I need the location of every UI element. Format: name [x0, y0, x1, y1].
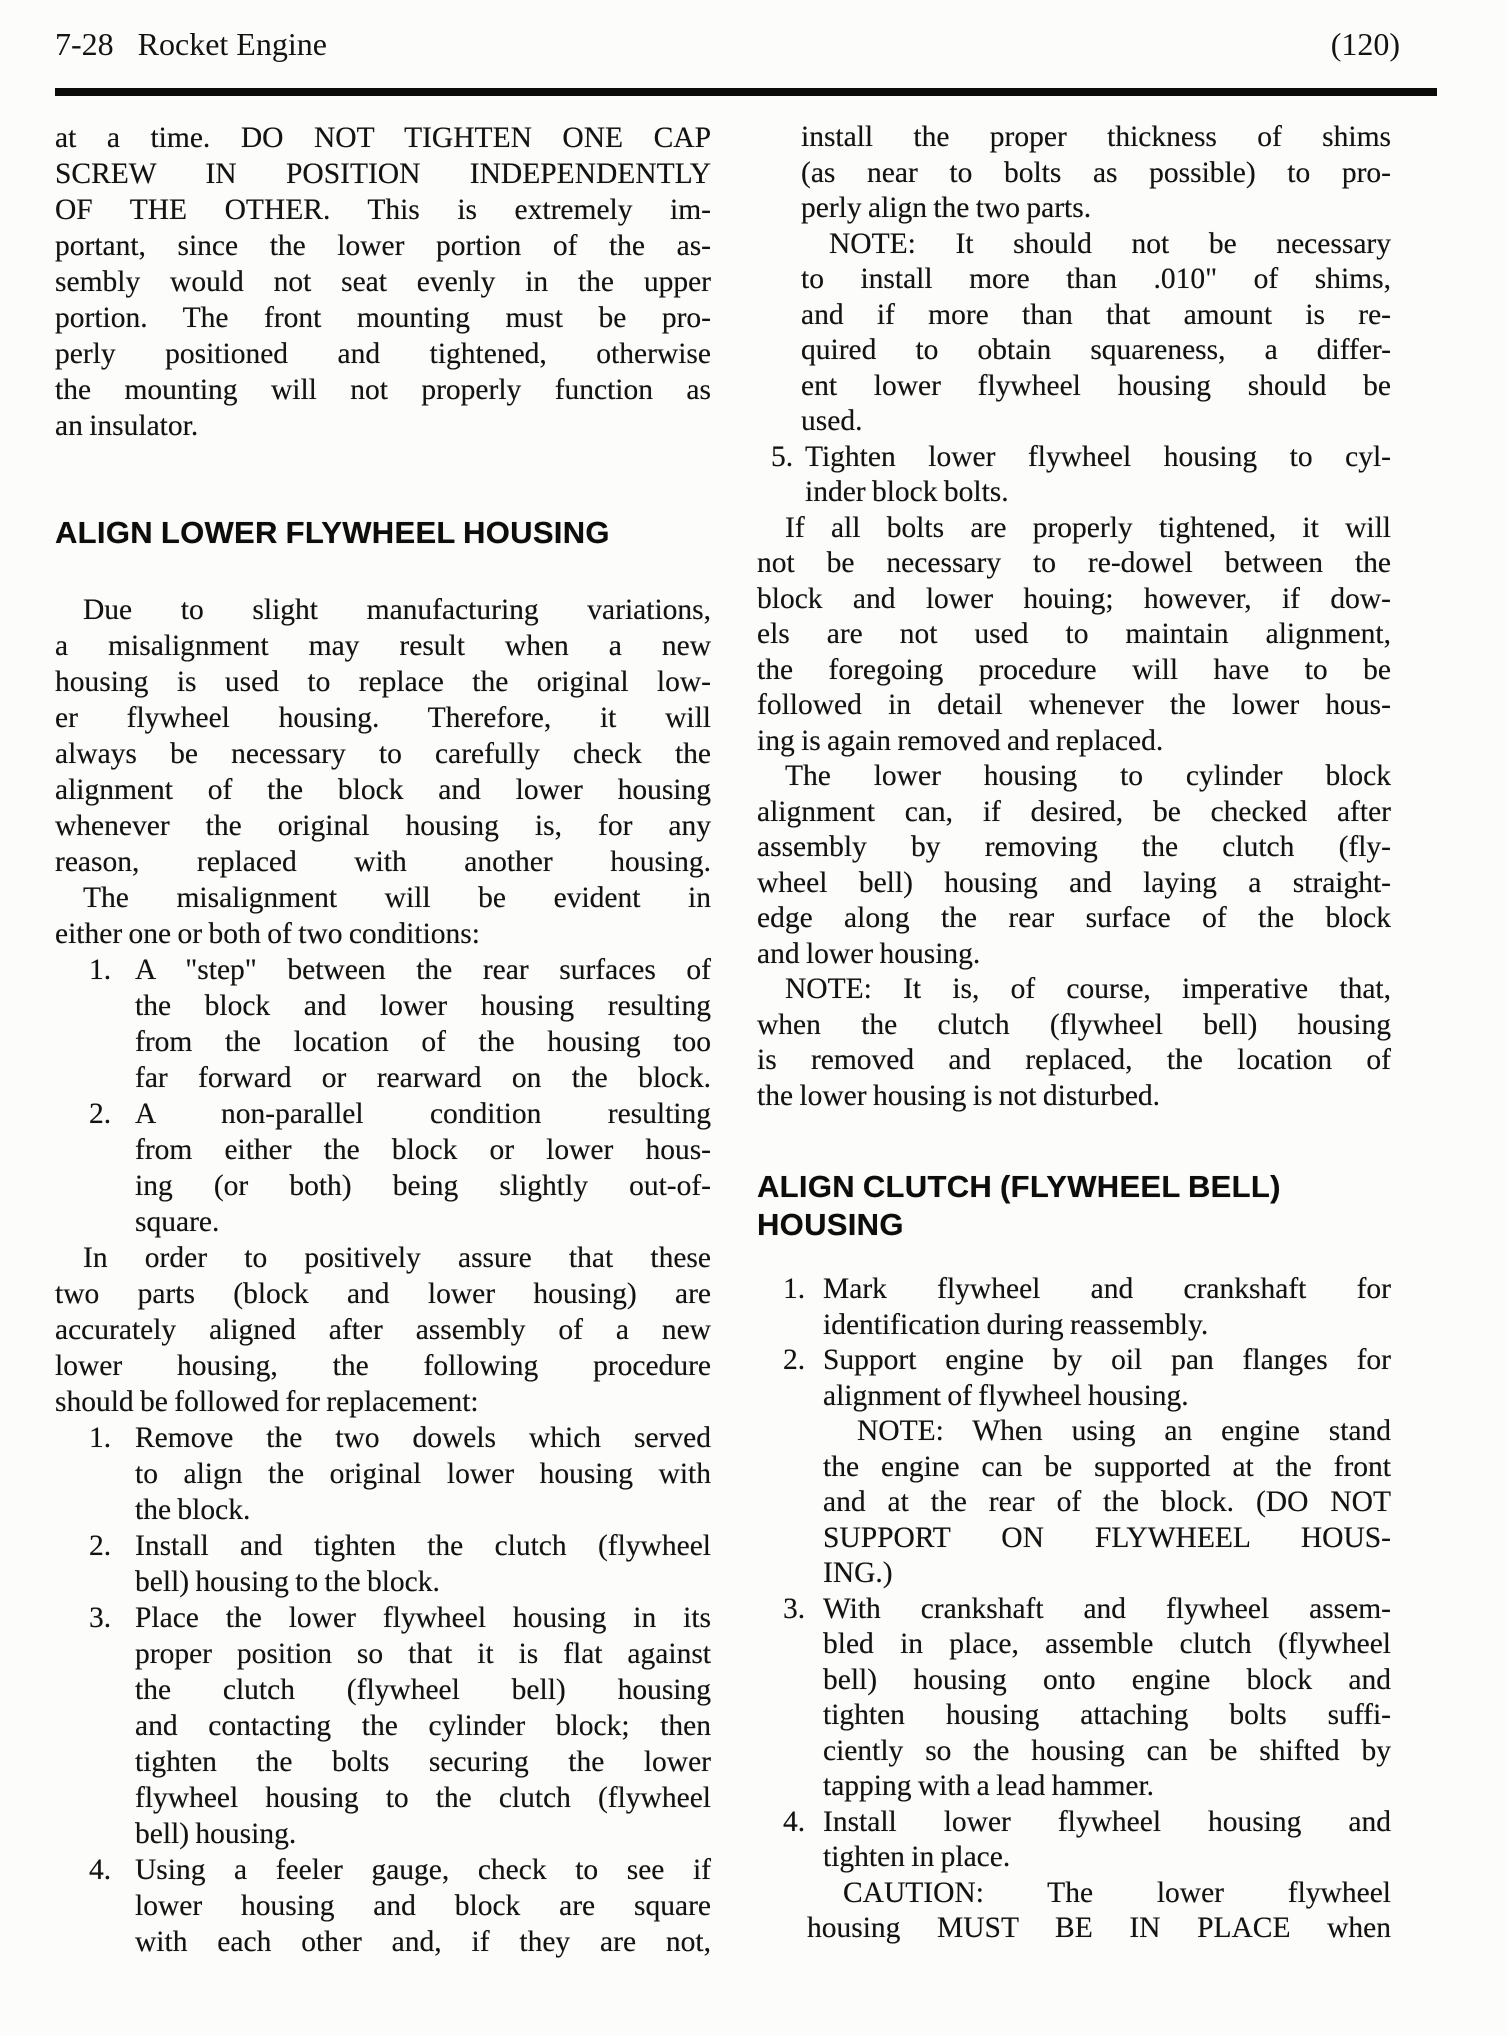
list-item: 5.Tighten lower flywheel housing to cyl-…	[757, 440, 1391, 511]
list-item-number: 4.	[89, 1852, 111, 1888]
text-line: portion. The front mounting must be pro-	[55, 300, 711, 336]
text-line: ent lower flywheel housing should be	[801, 369, 1391, 405]
text-line: tighten the bolts securing the lower	[135, 1744, 711, 1780]
text-line: and contacting the cylinder block; then	[135, 1708, 711, 1744]
list-item: 1.Remove the two dowels which servedto a…	[55, 1420, 711, 1528]
text-line: the block.	[135, 1492, 711, 1528]
text-line: from either the block or lower hous-	[135, 1132, 711, 1168]
text-line: quired to obtain squareness, a differ-	[801, 333, 1391, 369]
list-item-number: 1.	[783, 1272, 805, 1308]
text-line: portant, since the lower portion of the …	[55, 228, 711, 264]
page-number: (120)	[1331, 24, 1400, 64]
section-heading: ALIGN LOWER FLYWHEEL HOUSING	[55, 514, 711, 552]
right-column: install the proper thickness of shims(as…	[757, 120, 1391, 1947]
list-item-body: Using a feeler gauge, check to see iflow…	[55, 1852, 711, 1960]
list-item: 2.A non-parallel condition resultingfrom…	[55, 1096, 711, 1240]
text-line: two parts (block and lower housing) are	[55, 1276, 711, 1312]
text-line: either one or both of two conditions:	[55, 916, 711, 952]
header-rule	[55, 88, 1437, 96]
list-item: 3.With crankshaft and flywheel assem-ble…	[757, 1592, 1391, 1805]
text-line: always be necessary to carefully check t…	[55, 736, 711, 772]
text-line: the engine can be supported at the front	[823, 1450, 1391, 1486]
text-line: SCREW IN POSITION INDEPENDENTLY	[55, 156, 711, 192]
list-item-body: Support engine by oil pan flanges forali…	[757, 1343, 1391, 1414]
text-line: alignment of the block and lower housing	[55, 772, 711, 808]
list-item-number: 2.	[89, 1528, 111, 1564]
left-column: at a time. DO NOT TIGHTEN ONE CAPSCREW I…	[55, 120, 711, 1960]
text-line: perly positioned and tightened, otherwis…	[55, 336, 711, 372]
chapter-title: Rocket Engine	[138, 24, 327, 64]
list-item-number: 5.	[771, 440, 793, 476]
paragraph: The lower housing to cylinder blockalign…	[757, 759, 1391, 972]
text-line: a misalignment may result when a new	[55, 628, 711, 664]
text-line: CAUTION: The lower flywheel	[807, 1876, 1391, 1912]
text-line: ing is again removed and replaced.	[757, 724, 1391, 760]
text-line: Install lower flywheel housing and	[823, 1805, 1391, 1841]
text-line: Remove the two dowels which served	[135, 1420, 711, 1456]
text-line: the lower housing is not disturbed.	[757, 1079, 1391, 1115]
paragraph: NOTE: When using an engine standthe engi…	[757, 1414, 1391, 1592]
text-line: is removed and replaced, the location of	[757, 1043, 1391, 1079]
text-line: A non-parallel condition resulting	[135, 1096, 711, 1132]
list-item: 4.Install lower flywheel housing andtigh…	[757, 1805, 1391, 1876]
list-item-number: 3.	[89, 1600, 111, 1636]
paragraph: Due to slight manufacturing variations,a…	[55, 592, 711, 880]
paragraph: If all bolts are properly tightened, it …	[757, 511, 1391, 760]
text-line: bell) housing onto engine block and	[823, 1663, 1391, 1699]
text-line: inder block bolts.	[805, 475, 1391, 511]
text-line: far forward or rearward on the block.	[135, 1060, 711, 1096]
list-item: 4.Using a feeler gauge, check to see ifl…	[55, 1852, 711, 1960]
text-line: and at the rear of the block. (DO NOT	[823, 1485, 1391, 1521]
list-item-body: Install and tighten the clutch (flywheel…	[55, 1528, 711, 1600]
paragraph: at a time. DO NOT TIGHTEN ONE CAPSCREW I…	[55, 120, 711, 444]
text-line: should be followed for replacement:	[55, 1384, 711, 1420]
list-item-number: 2.	[89, 1096, 111, 1132]
list-item-body: Place the lower flywheel housing in itsp…	[55, 1600, 711, 1852]
list-item-body: Tighten lower flywheel housing to cyl-in…	[757, 440, 1391, 511]
list-item: 1.Mark flywheel and crankshaft foridenti…	[757, 1272, 1391, 1343]
text-line: the mounting will not properly function …	[55, 372, 711, 408]
text-line: identification during reassembly.	[823, 1308, 1391, 1344]
text-line: with each other and, if they are not,	[135, 1924, 711, 1960]
text-line: Place the lower flywheel housing in its	[135, 1600, 711, 1636]
text-line: bell) housing.	[135, 1816, 711, 1852]
text-line: whenever the original housing is, for an…	[55, 808, 711, 844]
text-line: perly align the two parts.	[801, 191, 1391, 227]
text-line: els are not used to maintain alignment,	[757, 617, 1391, 653]
text-line: and lower housing.	[757, 937, 1391, 973]
text-line: sembly would not seat evenly in the uppe…	[55, 264, 711, 300]
manual-page: 7-28 Rocket Engine (120) at a time. DO N…	[0, 0, 1508, 2036]
text-line: Support engine by oil pan flanges for	[823, 1343, 1391, 1379]
text-line: ING.)	[823, 1556, 1391, 1592]
list-item-number: 1.	[89, 952, 111, 988]
text-line: A "step" between the rear surfaces of	[135, 952, 711, 988]
text-line: the block and lower housing resulting	[135, 988, 711, 1024]
section-heading: ALIGN CLUTCH (FLYWHEEL BELL)HOUSING	[757, 1168, 1391, 1244]
text-line: SUPPORT ON FLYWHEEL HOUS-	[823, 1521, 1391, 1557]
text-line: NOTE: It should not be necessary	[801, 227, 1391, 263]
text-line: Due to slight manufacturing variations,	[55, 592, 711, 628]
text-line: The misalignment will be evident in	[55, 880, 711, 916]
text-line: NOTE: It is, of course, imperative that,	[757, 972, 1391, 1008]
text-line: alignment can, if desired, be checked af…	[757, 795, 1391, 831]
text-line: Using a feeler gauge, check to see if	[135, 1852, 711, 1888]
text-line: Tighten lower flywheel housing to cyl-	[805, 440, 1391, 476]
heading-line: ALIGN CLUTCH (FLYWHEEL BELL)	[757, 1168, 1391, 1206]
list-item-number: 3.	[783, 1592, 805, 1628]
text-line: OF THE OTHER. This is extremely im-	[55, 192, 711, 228]
text-line: housing MUST BE IN PLACE when	[807, 1911, 1391, 1947]
text-line: lower housing, the following procedure	[55, 1348, 711, 1384]
text-line: The lower housing to cylinder block	[757, 759, 1391, 795]
text-line: square.	[135, 1204, 711, 1240]
text-line: tighten in place.	[823, 1840, 1391, 1876]
paragraph: install the proper thickness of shims(as…	[757, 120, 1391, 227]
list-item-body: With crankshaft and flywheel assem-bled …	[757, 1592, 1391, 1805]
text-line: to align the original lower housing with	[135, 1456, 711, 1492]
text-line: an insulator.	[55, 408, 711, 444]
text-line: the foregoing procedure will have to be	[757, 653, 1391, 689]
text-line: the clutch (flywheel bell) housing	[135, 1672, 711, 1708]
text-line: er flywheel housing. Therefore, it will	[55, 700, 711, 736]
text-line: bell) housing to the block.	[135, 1564, 711, 1600]
list-item-body: Remove the two dowels which servedto ali…	[55, 1420, 711, 1528]
text-line: edge along the rear surface of the block	[757, 901, 1391, 937]
text-line: ciently so the housing can be shifted by	[823, 1734, 1391, 1770]
list-item-body: Mark flywheel and crankshaft foridentifi…	[757, 1272, 1391, 1343]
text-line: wheel bell) housing and laying a straigh…	[757, 866, 1391, 902]
text-line: block and lower houing; however, if dow-	[757, 582, 1391, 618]
text-line: when the clutch (flywheel bell) housing	[757, 1008, 1391, 1044]
text-line: Mark flywheel and crankshaft for	[823, 1272, 1391, 1308]
text-line: With crankshaft and flywheel assem-	[823, 1592, 1391, 1628]
text-line: NOTE: When using an engine stand	[823, 1414, 1391, 1450]
page-header: 7-28 Rocket Engine (120)	[55, 24, 1400, 64]
list-item-body: Install lower flywheel housing andtighte…	[757, 1805, 1391, 1876]
list-item: 1.A "step" between the rear surfaces oft…	[55, 952, 711, 1096]
text-line: (as near to bolts as possible) to pro-	[801, 156, 1391, 192]
text-line: assembly by removing the clutch (fly-	[757, 830, 1391, 866]
text-line: followed in detail whenever the lower ho…	[757, 688, 1391, 724]
text-line: not be necessary to re-dowel between the	[757, 546, 1391, 582]
paragraph: CAUTION: The lower flywheelhousing MUST …	[757, 1876, 1391, 1947]
list-item-body: A non-parallel condition resultingfrom e…	[55, 1096, 711, 1240]
text-line: used.	[801, 404, 1391, 440]
list-item-number: 4.	[783, 1805, 805, 1841]
heading-line: HOUSING	[757, 1206, 1391, 1244]
paragraph: NOTE: It is, of course, imperative that,…	[757, 972, 1391, 1114]
text-line: If all bolts are properly tightened, it …	[757, 511, 1391, 547]
text-line: and if more than that amount is re-	[801, 298, 1391, 334]
text-line: tapping with a lead hammer.	[823, 1769, 1391, 1805]
text-line: accurately aligned after assembly of a n…	[55, 1312, 711, 1348]
text-line: tighten housing attaching bolts suffi-	[823, 1698, 1391, 1734]
paragraph: The misalignment will be evident ineithe…	[55, 880, 711, 952]
list-item-body: A "step" between the rear surfaces ofthe…	[55, 952, 711, 1096]
text-line: Install and tighten the clutch (flywheel	[135, 1528, 711, 1564]
text-line: proper position so that it is flat again…	[135, 1636, 711, 1672]
list-item-number: 1.	[89, 1420, 111, 1456]
paragraph: NOTE: It should not be necessaryto insta…	[757, 227, 1391, 440]
text-line: bled in place, assemble clutch (flywheel	[823, 1627, 1391, 1663]
text-line: from the location of the housing too	[135, 1024, 711, 1060]
list-item-number: 2.	[783, 1343, 805, 1379]
text-line: ing (or both) being slightly out-of-	[135, 1168, 711, 1204]
list-item: 3.Place the lower flywheel housing in it…	[55, 1600, 711, 1852]
list-item: 2.Install and tighten the clutch (flywhe…	[55, 1528, 711, 1600]
text-line: alignment of flywheel housing.	[823, 1379, 1391, 1415]
paragraph: In order to positively assure that these…	[55, 1240, 711, 1420]
text-line: In order to positively assure that these	[55, 1240, 711, 1276]
text-line: at a time. DO NOT TIGHTEN ONE CAP	[55, 120, 711, 156]
heading-line: ALIGN LOWER FLYWHEEL HOUSING	[55, 514, 711, 552]
section-number: 7-28	[55, 24, 114, 64]
text-line: to install more than .010" of shims,	[801, 262, 1391, 298]
text-line: flywheel housing to the clutch (flywheel	[135, 1780, 711, 1816]
text-line: install the proper thickness of shims	[801, 120, 1391, 156]
text-line: lower housing and block are square	[135, 1888, 711, 1924]
text-line: housing is used to replace the original …	[55, 664, 711, 700]
list-item: 2.Support engine by oil pan flanges fora…	[757, 1343, 1391, 1414]
text-line: reason, replaced with another housing.	[55, 844, 711, 880]
